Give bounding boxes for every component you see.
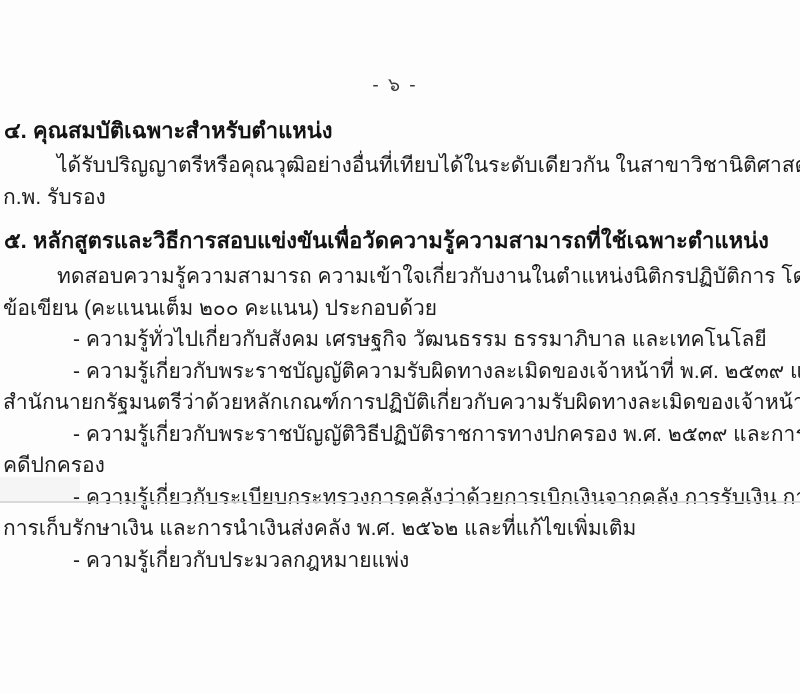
document-page: - ๖ - ๔. คุณสมบัติเฉพาะสำหรับตำแหน่ง ได้… (0, 0, 800, 693)
section-4-heading: ๔. คุณสมบัติเฉพาะสำหรับตำแหน่ง (0, 114, 800, 147)
section-5-body: ทดสอบความรู้ความสามารถ ความเข้าใจเกี่ยวก… (0, 261, 800, 576)
section-5-list-item: - ความรู้เกี่ยวกับประมวลกฎหมายแพ่ง (0, 545, 800, 577)
section-5-heading: ๕. หลักสูตรและวิธีการสอบแข่งขันเพื่อวัดค… (0, 224, 800, 257)
section-5-line: การเก็บรักษาเงิน และการนำเงินส่งคลัง พ.ศ… (0, 513, 800, 545)
scan-smudge-artifact (0, 477, 80, 503)
section-5-list-item: - ความรู้เกี่ยวกับระเบียบกระทรวงการคลังว… (0, 482, 800, 514)
section-4-body: ได้รับปริญญาตรีหรือคุณวุฒิอย่างอื่นที่เท… (0, 150, 800, 213)
section-5-line: คดีปกครอง (0, 450, 800, 482)
section-5-list-item: - ความรู้เกี่ยวกับพระราชบัญญัติความรับผิ… (0, 356, 800, 388)
section-5-line: ทดสอบความรู้ความสามารถ ความเข้าใจเกี่ยวก… (0, 261, 800, 293)
scan-line-artifact (0, 501, 800, 503)
section-5-line: สำนักนายกรัฐมนตรีว่าด้วยหลักเกณฑ์การปฏิบ… (0, 387, 800, 419)
section-5-list-item: - ความรู้ทั่วไปเกี่ยวกับสังคม เศรษฐกิจ ว… (0, 324, 800, 356)
section-5-list-item: - ความรู้เกี่ยวกับพระราชบัญญัติวิธีปฏิบั… (0, 419, 800, 451)
page-number: - ๖ - (0, 0, 790, 101)
section-4-line: ก.พ. รับรอง (0, 182, 800, 214)
section-5-line: ข้อเขียน (คะแนนเต็ม ๒๐๐ คะแนน) ประกอบด้ว… (0, 293, 800, 325)
section-4-line: ได้รับปริญญาตรีหรือคุณวุฒิอย่างอื่นที่เท… (0, 150, 800, 182)
